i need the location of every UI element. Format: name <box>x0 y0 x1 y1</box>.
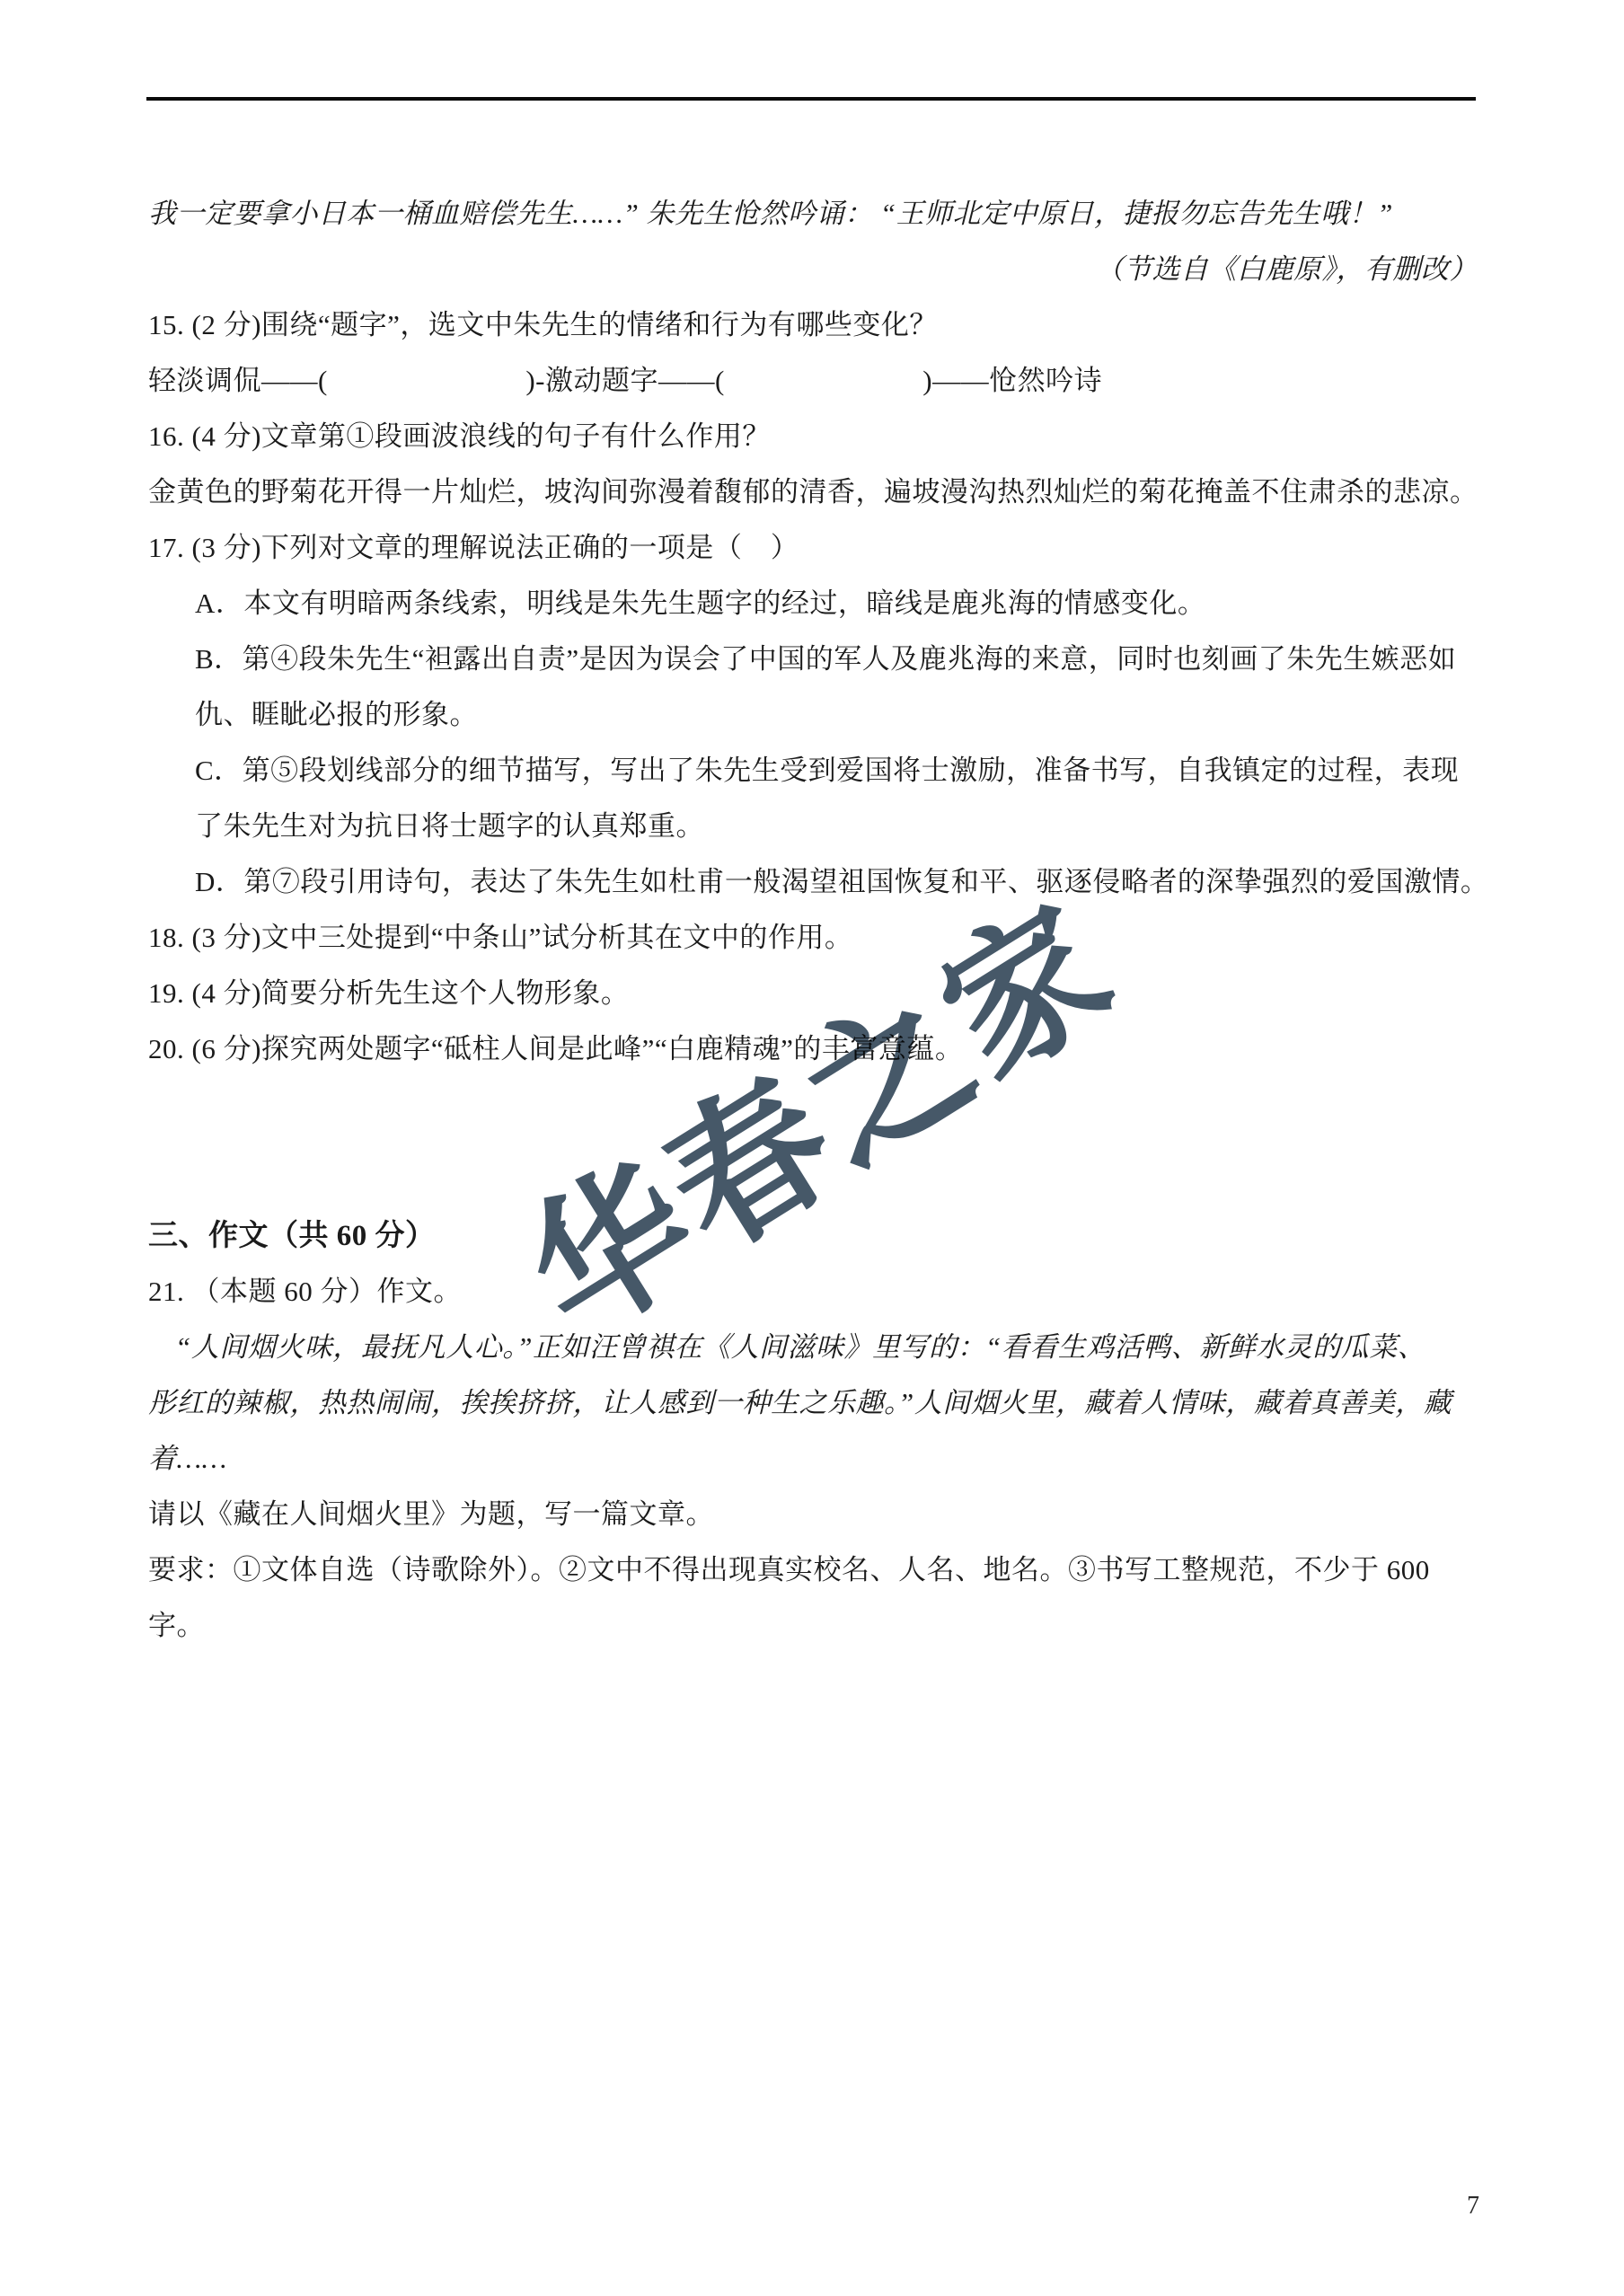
text-line: D．第⑦段引用诗句，表达了朱先生如杜甫一般渴望祖国恢复和平、驱逐侵略者的深挚强烈… <box>148 854 1478 910</box>
text-line: 17. (3 分)下列对文章的理解说法正确的一项是（ ） <box>148 520 1478 576</box>
text-line: 我一定要拿小日本一桶血赔偿先生……” 朱先生怆然吟诵： “王师北定中原日，捷报勿… <box>148 186 1478 242</box>
text-line: B．第④段朱先生“袒露出自责”是因为误会了中国的军人及鹿兆海的来意，同时也刻画了… <box>148 631 1478 687</box>
text-line: （节选自《白鹿原》，有删改） <box>148 242 1478 297</box>
text-line: 三、作文（共 60 分） <box>148 1208 1478 1264</box>
text-line: 要求：①文体自选（诗歌除外）。②文中不得出现真实校名、人名、地名。③书写工整规范… <box>148 1542 1478 1598</box>
text-line: “人间烟火味，最抚凡人心。”正如汪曾祺在《人间滋味》里写的：“看看生鸡活鸭、新鲜… <box>148 1320 1478 1375</box>
exam-page: 我一定要拿小日本一桶血赔偿先生……” 朱先生怆然吟诵： “王师北定中原日，捷报勿… <box>0 0 1624 2296</box>
text-line: 请以《藏在人间烟火里》为题，写一篇文章。 <box>148 1487 1478 1542</box>
text-line: 15. (2 分)围绕“题字”，选文中朱先生的情绪和行为有哪些变化？ <box>148 297 1478 353</box>
text-line: 16. (4 分)文章第①段画波浪线的句子有什么作用？ <box>148 409 1478 464</box>
text-line: 金黄色的野菊花开得一片灿烂，坡沟间弥漫着馥郁的清香，遍坡漫沟热烈灿烂的菊花掩盖不… <box>148 464 1478 520</box>
text-line: 彤红的辣椒，热热闹闹，挨挨挤挤，让人感到一种生之乐趣。”人间烟火里，藏着人情味，… <box>148 1375 1478 1431</box>
page-number: 7 <box>1446 2188 1500 2224</box>
text-line: 20. (6 分)探究两处题字“砥柱人间是此峰”“白鹿精魂”的丰富意蕴。 <box>148 1021 1478 1077</box>
text-line: 仇、睚眦必报的形象。 <box>148 687 1478 743</box>
text-line: C．第⑤段划线部分的细节描写，写出了朱先生受到爱国将士激励，准备书写，自我镇定的… <box>148 743 1478 799</box>
text-line: 着…… <box>148 1431 1478 1487</box>
text-line: 18. (3 分)文中三处提到“中条山”试分析其在文中的作用。 <box>148 910 1478 966</box>
document-body: 我一定要拿小日本一桶血赔偿先生……” 朱先生怆然吟诵： “王师北定中原日，捷报勿… <box>148 186 1478 1654</box>
text-line: 21. （本题 60 分）作文。 <box>148 1264 1478 1320</box>
text-line: 了朱先生对为抗日将士题字的认真郑重。 <box>148 799 1478 854</box>
text-line: 轻淡调侃——( )-激动题字——( )——怆然吟诗 <box>148 353 1478 409</box>
text-line: 字。 <box>148 1598 1478 1654</box>
text-line: 19. (4 分)简要分析先生这个人物形象。 <box>148 966 1478 1021</box>
text-line: A．本文有明暗两条线索，明线是朱先生题字的经过，暗线是鹿兆海的情感变化。 <box>148 576 1478 631</box>
header-rule <box>146 97 1476 101</box>
